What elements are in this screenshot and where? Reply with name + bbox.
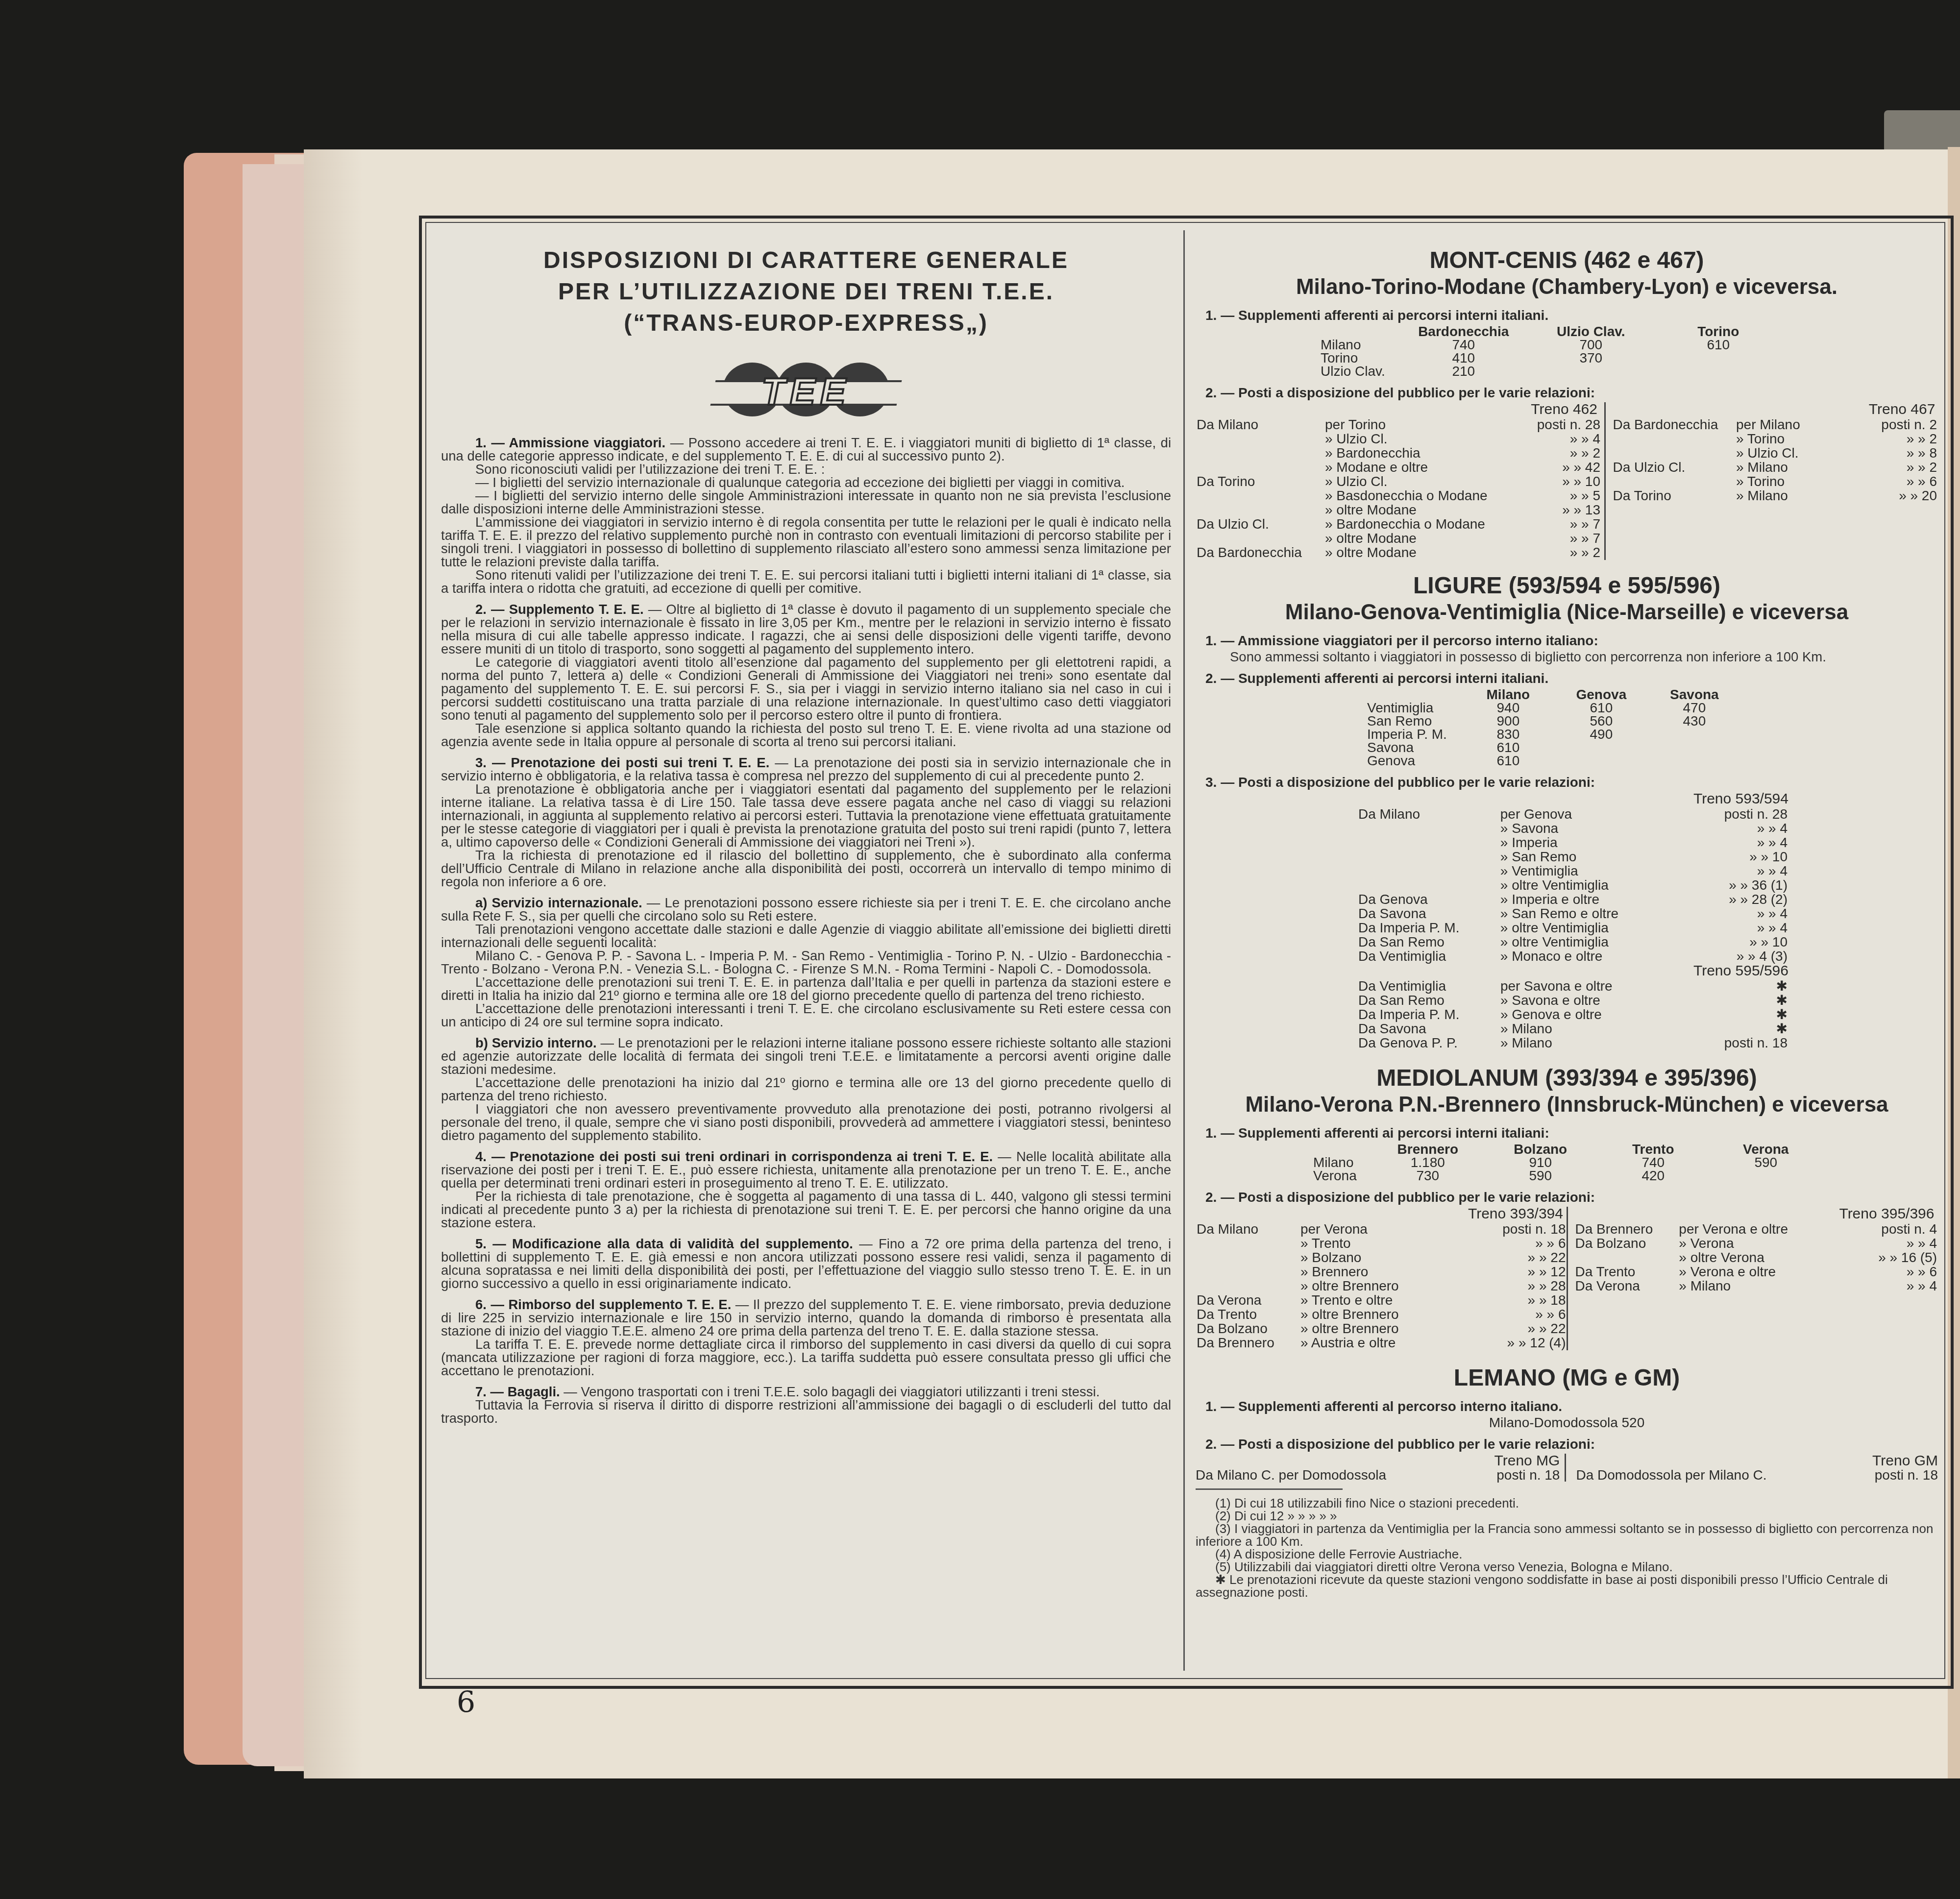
column-header: Ulzio Clav. xyxy=(1527,325,1655,338)
table-row: Da Trento» Verona e oltre» » 6 xyxy=(1575,1265,1937,1278)
seat-table-595-596: Da Ventimigliaper Savona e oltre✱Da San … xyxy=(1357,978,1788,1050)
provision-heading: a) Servizio internazionale. xyxy=(475,895,647,910)
seats: posti n. 18 xyxy=(1496,1467,1560,1483)
provisions-list: 1. — Ammissione viaggiatori. — Possono a… xyxy=(441,436,1171,1425)
seat-tables: Da Milano C. per Domodossola Treno MG po… xyxy=(1196,1454,1938,1482)
provision-paragraph: b) Servizio interno. — Le prenotazioni p… xyxy=(441,1036,1171,1076)
section-title: LEMANO (MG e GM) xyxy=(1196,1365,1938,1391)
table-row: Da Torino» Ulzio Cl.» » 10 xyxy=(1197,475,1600,488)
title-line: PER L’UTILIZZAZIONE DEI TRENI T.E.E. xyxy=(441,276,1171,308)
footnote-rule xyxy=(1196,1488,1343,1490)
table-row: » Ulzio Cl.» » 8 xyxy=(1613,446,1937,460)
table-row: » oltre Brennero» » 28 xyxy=(1197,1279,1566,1292)
route: Da Domodossola per Milano C. xyxy=(1576,1468,1766,1482)
table-row: » Torino» » 2 xyxy=(1613,432,1937,445)
train-label: Treno GM xyxy=(1872,1454,1938,1468)
supplement-table: MilanoGenovaSavonaVentimiglia940610470Sa… xyxy=(1367,688,1741,767)
footnote: (1) Di cui 18 utilizzabili fino Nice o s… xyxy=(1196,1497,1938,1509)
table-row: Da San Remo» oltre Ventimiglia» » 10 xyxy=(1358,935,1788,949)
seat-table-462: Da Milanoper Torinoposti n. 28» Ulzio Cl… xyxy=(1196,417,1601,560)
provision-paragraph: 3. — Prenotazione dei posti sui treni T.… xyxy=(441,756,1171,782)
provision-paragraph: Per la richiesta di tale prenotazione, c… xyxy=(441,1190,1171,1229)
table-row: Da Ulzio Cl.» Bardonecchia o Modane» » 7 xyxy=(1197,517,1600,531)
column-header: Genova xyxy=(1555,688,1648,701)
supplement-table: BardonecchiaUlzio Clav.TorinoMilano74070… xyxy=(1321,325,1782,378)
provision-heading: 1. — Ammissione viaggiatori. xyxy=(475,435,670,450)
table-row: Da Genova P. P.» Milanoposti n. 18 xyxy=(1358,1036,1788,1049)
table-row: Da Genova» Imperia e oltre» » 28 (2) xyxy=(1358,893,1788,906)
item-heading: 1. — Supplementi afferenti ai percorsi i… xyxy=(1205,308,1938,323)
table-row: Da Milanoper Genovaposti n. 28 xyxy=(1358,807,1788,821)
provision-paragraph: La prenotazione è obbligatoria anche per… xyxy=(441,782,1171,849)
table-row: Da Bolzano» oltre Brennero» » 22 xyxy=(1197,1322,1566,1335)
seats: posti n. 18 xyxy=(1875,1467,1938,1483)
footnotes: (1) Di cui 18 utilizzabili fino Nice o s… xyxy=(1196,1497,1938,1599)
section-subtitle: Milano-Genova-Ventimiglia (Nice-Marseill… xyxy=(1196,599,1938,626)
provision-paragraph: L’ammissione dei viaggiatori in servizio… xyxy=(441,515,1171,568)
title-line: DISPOSIZIONI DI CARATTERE GENERALE xyxy=(441,245,1171,276)
provision-paragraph: a) Servizio internazionale. — Le prenota… xyxy=(441,896,1171,923)
column-header: Milano xyxy=(1462,688,1555,701)
page-title: DISPOSIZIONI DI CARATTERE GENERALE PER L… xyxy=(441,245,1171,339)
section-lemano: LEMANO (MG e GM) 1. — Supplementi affere… xyxy=(1196,1365,1938,1599)
table-row: Da Imperia P. M.» oltre Ventimiglia» » 4 xyxy=(1358,921,1788,934)
table-row: » Brennero» » 12 xyxy=(1197,1265,1566,1278)
item-text: Sono ammessi soltanto i viaggiatori in p… xyxy=(1196,650,1938,663)
section-title: MONT-CENIS (462 e 467) xyxy=(1196,247,1938,274)
provision-paragraph: Sono ritenuti validi per l’utilizzazione… xyxy=(441,568,1171,595)
provision-paragraph: 4. — Prenotazione dei posti sui treni or… xyxy=(441,1150,1171,1190)
table-row: Genova610 xyxy=(1367,754,1741,767)
seat-table-593-594: Da Milanoper Genovaposti n. 28» Savona» … xyxy=(1357,806,1788,964)
table-row: » Ulzio Cl.» » 4 xyxy=(1197,432,1600,445)
provision-paragraph: Tra la richiesta di prenotazione ed il r… xyxy=(441,849,1171,888)
table-row: Torino410370 xyxy=(1321,351,1782,365)
table-row: Da Bardonecchia» oltre Modane» » 2 xyxy=(1197,546,1600,559)
general-provisions-column: DISPOSIZIONI DI CARATTERE GENERALE PER L… xyxy=(441,245,1171,1425)
table-row: » oltre Modane» » 13 xyxy=(1197,503,1600,516)
supplement-table: BrenneroBolzanoTrentoVeronaMilano1.18091… xyxy=(1313,1143,1822,1182)
item-heading: 3. — Posti a disposizione del pubblico p… xyxy=(1205,775,1938,790)
column-header: Torino xyxy=(1655,325,1782,338)
train-label: Treno 595/596 xyxy=(1693,963,1788,979)
footnote: (5) Utilizzabili dai viaggiatori diretti… xyxy=(1196,1560,1938,1573)
table-row: » Basdonecchia o Modane» » 5 xyxy=(1197,489,1600,502)
table-row: » Savona» » 4 xyxy=(1358,822,1788,835)
footnote: (2) Di cui 12 » » » » » xyxy=(1196,1509,1938,1522)
seat-tables: Treno 593/594 Da Milanoper Genovaposti n… xyxy=(1357,792,1788,1050)
table-row: » oltre Ventimiglia» » 36 (1) xyxy=(1358,878,1788,892)
title-line: (“TRANS-EUROP-EXPRESS„) xyxy=(441,308,1171,339)
provision-paragraph: 5. — Modificazione alla data di validità… xyxy=(441,1237,1171,1290)
provision-paragraph: 6. — Rimborso del supplemento T. E. E. —… xyxy=(441,1298,1171,1338)
provision-paragraph: Sono riconosciuti validi per l’utilizzaz… xyxy=(441,463,1171,476)
table-row: Da Torino» Milano» » 20 xyxy=(1613,489,1937,502)
column-header: Savona xyxy=(1648,688,1741,701)
section-subtitle: Milano-Verona P.N.-Brennero (Innsbruck-M… xyxy=(1196,1092,1938,1118)
item-heading: 1. — Ammissione viaggiatori per il perco… xyxy=(1205,633,1938,648)
train-label: Treno 395/396 xyxy=(1839,1206,1934,1222)
seat-tables: Treno 393/394 Da Milanoper Veronaposti n… xyxy=(1196,1207,1938,1350)
table-row: » Torino» » 6 xyxy=(1613,475,1937,488)
table-row: » San Remo» » 10 xyxy=(1358,850,1788,863)
item-heading: 2. — Supplementi afferenti ai percorsi i… xyxy=(1205,671,1938,686)
item-heading: 1. — Supplementi afferenti al percorso i… xyxy=(1205,1399,1938,1414)
table-row: Da Milanoper Torinoposti n. 28 xyxy=(1197,418,1600,431)
provision-paragraph: L’accettazione delle prenotazioni sui tr… xyxy=(441,975,1171,1002)
provision-paragraph: 7. — Bagagli. — Vengono trasportati con … xyxy=(441,1385,1171,1398)
table-row: Da Bardonecchiaper Milanoposti n. 2 xyxy=(1613,418,1937,431)
train-label: Treno MG xyxy=(1494,1454,1560,1468)
column-divider xyxy=(1183,230,1185,1671)
section-mediolanum: MEDIOLANUM (393/394 e 395/396) Milano-Ve… xyxy=(1196,1065,1938,1350)
provision-paragraph: 2. — Supplemento T. E. E. — Oltre al big… xyxy=(441,603,1171,656)
table-row: Da Brenneroper Verona e oltreposti n. 4 xyxy=(1575,1222,1937,1236)
table-row: Da Ventimiglia» Monaco e oltre» » 4 (3) xyxy=(1358,949,1788,963)
table-row: Da Verona» Milano» » 4 xyxy=(1575,1279,1937,1292)
table-row: Verona730590420 xyxy=(1313,1169,1822,1182)
provision-paragraph: Le categorie di viaggiatori aventi titol… xyxy=(441,656,1171,722)
footnote: (3) I viaggiatori in partenza da Ventimi… xyxy=(1196,1522,1938,1548)
table-row: » oltre Modane» » 7 xyxy=(1197,532,1600,545)
provision-paragraph: Tuttavia la Ferrovia si riserva il dirit… xyxy=(441,1398,1171,1425)
provision-heading: 3. — Prenotazione dei posti sui treni T.… xyxy=(475,755,775,770)
item-heading: 2. — Posti a disposizione del pubblico p… xyxy=(1205,386,1938,400)
table-row: Imperia P. M.830490 xyxy=(1367,728,1741,741)
provision-paragraph: I viaggiatori che non avessero preventiv… xyxy=(441,1102,1171,1142)
provision-heading: b) Servizio interno. xyxy=(475,1035,600,1050)
section-title: LIGURE (593/594 e 595/596) xyxy=(1196,573,1938,599)
logo-text: TEE xyxy=(718,369,894,414)
supplement-value: Milano-Domodossola 520 xyxy=(1196,1416,1938,1429)
item-heading: 1. — Supplementi afferenti ai percorsi i… xyxy=(1205,1126,1938,1141)
table-row: Da Trento» oltre Brennero» » 6 xyxy=(1197,1308,1566,1321)
provision-paragraph: Tali prenotazioni vengono accettate dall… xyxy=(441,923,1171,949)
table-row: Da Verona» Trento e oltre» » 18 xyxy=(1197,1293,1566,1307)
provision-paragraph: Milano C. - Genova P. P. - Savona L. - I… xyxy=(441,949,1171,975)
table-row: Da Brennero» Austria e oltre» » 12 (4) xyxy=(1197,1336,1566,1349)
footnote: ✱ Le prenotazioni ricevute da queste sta… xyxy=(1196,1573,1938,1599)
table-row: Da Bolzano» Verona» » 4 xyxy=(1575,1237,1937,1250)
item-heading: 2. — Posti a disposizione del pubblico p… xyxy=(1205,1190,1938,1205)
section-title: MEDIOLANUM (393/394 e 395/396) xyxy=(1196,1065,1938,1092)
provision-paragraph: Tale esenzione si applica soltanto quand… xyxy=(441,722,1171,748)
seat-table-393-394: Da Milanoper Veronaposti n. 18» Trento» … xyxy=(1196,1221,1567,1350)
section-mont-cenis: MONT-CENIS (462 e 467) Milano-Torino-Mod… xyxy=(1196,247,1938,560)
table-row: Ulzio Clav.210 xyxy=(1321,365,1782,378)
provision-heading: 5. — Modificazione alla data di validità… xyxy=(475,1236,859,1251)
train-label: Treno 393/394 xyxy=(1468,1206,1563,1222)
page-gutter-shadow xyxy=(304,149,363,1778)
table-row: Da Ulzio Cl.» Milano» » 2 xyxy=(1613,461,1937,474)
table-row: Da Savona» San Remo e oltre» » 4 xyxy=(1358,907,1788,920)
footnote: (4) A disposizione delle Ferrovie Austri… xyxy=(1196,1548,1938,1560)
provision-paragraph: L’accettazione delle prenotazioni intere… xyxy=(441,1002,1171,1028)
train-routes-column: MONT-CENIS (462 e 467) Milano-Torino-Mod… xyxy=(1196,247,1938,1599)
table-row: » oltre Verona» » 16 (5) xyxy=(1575,1251,1937,1264)
table-row: » Bardonecchia» » 2 xyxy=(1197,446,1600,460)
table-row: » Bolzano» » 22 xyxy=(1197,1251,1566,1264)
seat-table-395-396: Da Brenneroper Verona e oltreposti n. 4D… xyxy=(1574,1221,1938,1293)
route: Da Milano C. per Domodossola xyxy=(1196,1468,1386,1482)
page-number: 6 xyxy=(457,1685,475,1720)
table-row: Da Milanoper Veronaposti n. 18 xyxy=(1197,1222,1566,1236)
column-header: Verona xyxy=(1710,1143,1822,1156)
seat-table-467: Da Bardonecchiaper Milanoposti n. 2» Tor… xyxy=(1612,417,1938,503)
table-row: » Imperia» » 4 xyxy=(1358,836,1788,849)
table-row: Milano1.180910740590 xyxy=(1313,1156,1822,1169)
section-subtitle: Milano-Torino-Modane (Chambery-Lyon) e v… xyxy=(1196,274,1938,300)
provision-paragraph: L’accettazione delle prenotazioni ha ini… xyxy=(441,1076,1171,1102)
train-label: Treno 462 xyxy=(1531,401,1597,417)
column-header: Brennero xyxy=(1372,1143,1484,1156)
train-label: Treno 593/594 xyxy=(1693,791,1788,807)
column-header: Trento xyxy=(1597,1143,1710,1156)
provision-paragraph: — I biglietti del servizio internazional… xyxy=(441,476,1171,489)
provision-heading: 6. — Rimborso del supplemento T. E. E. xyxy=(475,1297,735,1312)
item-heading: 2. — Posti a disposizione del pubblico p… xyxy=(1205,1437,1938,1452)
train-label: Treno 467 xyxy=(1869,401,1935,417)
tee-logo-icon: TEE xyxy=(718,363,894,416)
table-row: » Ventimiglia» » 4 xyxy=(1358,864,1788,877)
provision-heading: 2. — Supplemento T. E. E. xyxy=(475,602,648,617)
seat-tables: Treno 462 Da Milanoper Torinoposti n. 28… xyxy=(1196,402,1938,560)
table-row: » Modane e oltre» » 42 xyxy=(1197,461,1600,474)
table-row: San Remo900560430 xyxy=(1367,714,1741,728)
table-row: Milano740700610 xyxy=(1321,338,1782,351)
section-ligure: LIGURE (593/594 e 595/596) Milano-Genova… xyxy=(1196,573,1938,1050)
provision-paragraph: 1. — Ammissione viaggiatori. — Possono a… xyxy=(441,436,1171,463)
table-row: Da Ventimigliaper Savona e oltre✱ xyxy=(1358,979,1788,993)
column-header: Bardonecchia xyxy=(1400,325,1527,338)
provision-heading: 4. — Prenotazione dei posti sui treni or… xyxy=(475,1149,998,1164)
table-row: Da Imperia P. M.» Genova e oltre✱ xyxy=(1358,1008,1788,1021)
column-header: Bolzano xyxy=(1484,1143,1597,1156)
table-row: Da Savona» Milano✱ xyxy=(1358,1022,1788,1035)
table-row: » Trento» » 6 xyxy=(1197,1237,1566,1250)
table-row: Savona610 xyxy=(1367,741,1741,754)
table-row: Da San Remo» Savona e oltre✱ xyxy=(1358,994,1788,1007)
table-row: Ventimiglia940610470 xyxy=(1367,701,1741,714)
provision-paragraph: — I biglietti del servizio interno delle… xyxy=(441,489,1171,515)
provision-paragraph: La tariffa T. E. E. prevede norme dettag… xyxy=(441,1338,1171,1377)
